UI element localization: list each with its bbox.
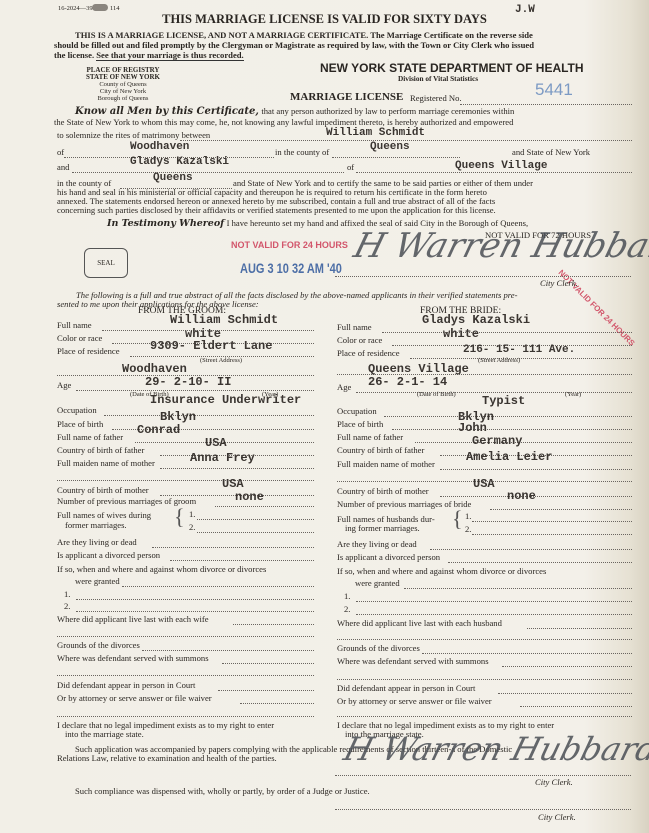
bride-prev-marriages: none [507, 489, 536, 503]
bride-father-country: Germany [472, 434, 522, 448]
registered-label: Registered No. [410, 93, 462, 103]
groom-county-field: Queens [370, 141, 410, 153]
form-code-suffix: 114 [110, 5, 120, 12]
groom-full-name: William Schmidt [170, 313, 278, 327]
know-all-men: Know all Men by this Certificate, that a… [75, 106, 514, 117]
groom-residence-city: Woodhaven [122, 362, 187, 376]
groom-father-country: USA [205, 436, 227, 450]
groom-occupation: Insurance Underwriter [150, 393, 301, 407]
bride-county-field: Queens [153, 172, 193, 184]
groom-name-field: William Schmidt [326, 127, 425, 139]
bride-age: 26- 2-1- 14 [368, 375, 447, 389]
groom-place-field: Woodhaven [130, 141, 189, 153]
registry-city: City of New York [68, 88, 178, 95]
bride-mother-country: USA [473, 477, 495, 491]
bride-residence: 216- 15- 111 Ave. [463, 344, 575, 356]
groom-residence: 9309- Eldert Lane [150, 339, 272, 353]
groom-mother: Anna Frey [190, 451, 255, 465]
groom-birthplace: Bklyn [160, 410, 196, 424]
city-clerk-label-2: City Clerk. [535, 777, 573, 787]
bride-name-field: Gladys Kazalski [130, 156, 229, 168]
groom-mother-country: USA [222, 477, 244, 491]
groom-prev-marriages: none [235, 490, 264, 504]
department-name: NEW YORK STATE DEPARTMENT OF HEALTH [320, 61, 584, 75]
city-clerk-label-3: City Clerk. [538, 812, 576, 822]
bride-mother: Amelia Leier [466, 450, 552, 464]
application-text-2: Relations Law, relative to examination a… [57, 753, 277, 763]
solemnize-label: to solemnize the rites of matrimony betw… [57, 130, 210, 140]
registry-borough: Borough of Queens [68, 95, 178, 102]
seal-placeholder: SEAL [84, 248, 128, 278]
groom-father: Conrad [137, 423, 180, 437]
registered-number: 5441 [535, 80, 573, 100]
validity-title: THIS MARRIAGE LICENSE IS VALID FOR SIXTY… [0, 12, 649, 27]
notice-line-3: the license. See that your marriage is t… [54, 50, 244, 60]
not-valid-24-stamp: NOT VALID FOR 24 HOURS [231, 240, 348, 250]
bride-place-field: Queens Village [455, 160, 547, 172]
registry-state: STATE OF NEW YORK [68, 73, 178, 81]
notice-line-1: THIS IS A MARRIAGE LICENSE, AND NOT A MA… [75, 30, 533, 40]
dispensed-text: Such compliance was dispensed with, whol… [75, 786, 370, 796]
groom-age: 29- 2-10- II [145, 375, 231, 389]
notice-line-2: should be filled out and filed promptly … [54, 40, 534, 50]
city-clerk-label: City Clerk. [540, 278, 578, 288]
bride-father: John [458, 421, 487, 435]
clerk-signature-2: H Warren Hubbard [340, 730, 649, 768]
date-stamp: AUG 3 10 32 AM '40 [240, 262, 342, 277]
registry-county: County of Queens [68, 81, 178, 88]
bride-full-name: Gladys Kazalski [422, 313, 530, 327]
division-name: Division of Vital Statistics [398, 74, 478, 83]
bride-color: white [443, 327, 479, 341]
license-title: MARRIAGE LICENSE [290, 91, 403, 103]
bride-residence-city: Queens Village [368, 362, 469, 376]
union-label-icon [92, 4, 108, 11]
clerk-signature: H Warren Hubbard [350, 226, 649, 266]
marriage-license-document: 16-2024—39-N 114 J.W THIS MARRIAGE LICEN… [0, 0, 649, 833]
bride-occupation: Typist [482, 394, 525, 408]
certificate-line-2: the State of New York to whom this may c… [54, 117, 513, 127]
